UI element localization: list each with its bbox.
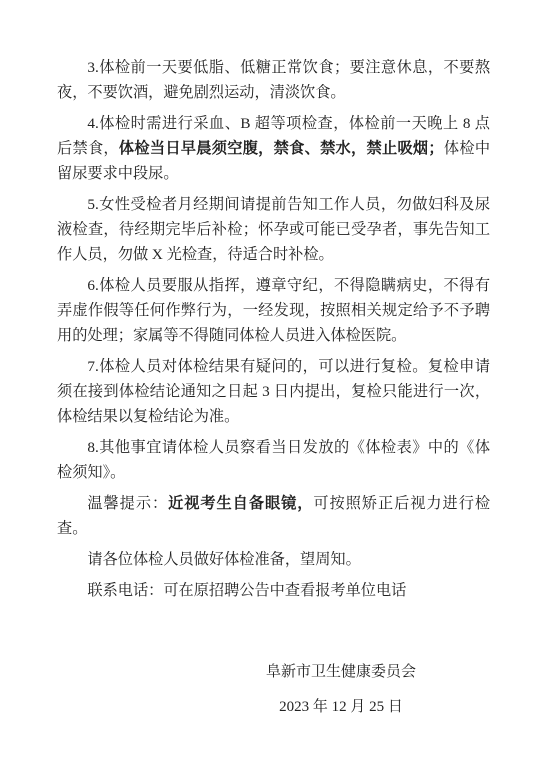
signature-block: 阜新市卫生健康委员会 2023 年 12 月 25 日 [261,660,421,720]
text-segment: 7.体检人员对体检结果有疑问的，可以进行复检。复检申请须在接到体检结论通知之日起… [57,358,490,425]
text-segment: 温馨提示： [87,495,168,512]
text-segment: 3.体检前一天要低脂、低糖正常饮食；要注意休息，不要熬夜，不要饮酒，避免剧烈运动… [57,59,490,101]
paragraph-item-3: 3.体检前一天要低脂、低糖正常饮食；要注意休息，不要熬夜，不要饮酒，避免剧烈运动… [57,55,490,105]
text-segment: 6.体检人员要服从指挥，遵章守纪，不得隐瞒病史，不得有弄虚作假等任何作弊行为，一… [57,277,490,344]
document-body: 3.体检前一天要低脂、低糖正常饮食；要注意休息，不要熬夜，不要饮酒，避免剧烈运动… [57,55,490,603]
text-segment: 5.女性受检者月经期间请提前告知工作人员，勿做妇科及尿液检查，待经期完毕后补检；… [57,196,490,263]
paragraph-item-7: 7.体检人员对体检结果有疑问的，可以进行复检。复检申请须在接到体检结论通知之日起… [57,354,490,429]
text-segment: 8.其他事宜请体检人员察看当日发放的《体检表》中的《体检须知》。 [57,439,490,481]
document-page: 3.体检前一天要低脂、低糖正常饮食；要注意休息，不要熬夜，不要饮酒，避免剧烈运动… [0,0,539,760]
paragraph-item-8: 8.其他事宜请体检人员察看当日发放的《体检表》中的《体检须知》。 [57,435,490,485]
paragraph-item-4: 4.体检时需进行采血、B 超等项检查，体检前一天晚上 8 点后禁食，体检当日早晨… [57,111,490,186]
paragraph-tip: 温馨提示：近视考生自备眼镜，可按照矫正后视力进行检查。 [57,491,490,541]
text-segment: 请各位体检人员做好体检准备，望周知。 [87,551,360,568]
bold-text-segment: 体检当日早晨须空腹，禁食、禁水，禁止吸烟； [119,140,444,157]
paragraph-item-6: 6.体检人员要服从指挥，遵章守纪，不得隐瞒病史，不得有弄虚作假等任何作弊行为，一… [57,273,490,348]
bold-text-segment: 近视考生自备眼镜， [168,495,313,512]
signature-org: 阜新市卫生健康委员会 [261,660,421,685]
text-segment: 联系电话：可在原招聘公告中查看报考单位电话 [87,582,406,599]
signature-date: 2023 年 12 月 25 日 [261,695,421,720]
paragraph-item-5: 5.女性受检者月经期间请提前告知工作人员，勿做妇科及尿液检查，待经期完毕后补检；… [57,192,490,267]
paragraph-notice: 请各位体检人员做好体检准备，望周知。 [57,547,490,572]
paragraph-contact: 联系电话：可在原招聘公告中查看报考单位电话 [57,578,490,603]
